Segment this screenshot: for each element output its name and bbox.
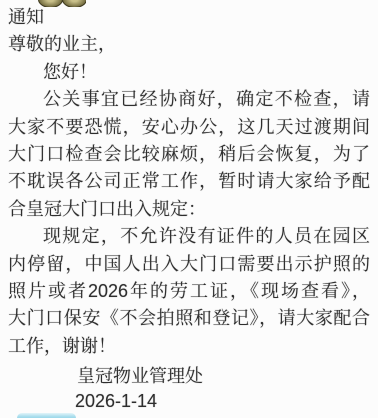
cut-off-chat-bubble [17,413,76,418]
body-line: 工作，谢谢！ [8,335,116,358]
body-line: 照片或者2026年的劳工证，《现场查看》， [8,280,370,303]
body-line: 合皇冠大门口出入规定： [8,198,206,221]
notice-title: 通知 [8,6,44,29]
body-line: 现规定，不允许没有证件的人员在园区 [43,225,370,248]
body-line: 公关事宜已经协商好，确定不检查，请 [43,88,370,111]
greeting-line: 您好！ [43,61,97,84]
salutation-line: 尊敬的业主， [8,33,116,56]
body-line: 大家不要恐慌，安心办公，这几天过渡期间 [8,116,370,139]
sticker-blob-icon [62,0,86,7]
body-line: 大门口保安《不会拍照和登记》，请大家配合 [8,307,370,330]
body-line: 不耽误各公司正常工作，暂时请大家给予配 [8,170,370,193]
signature-line: 皇冠物业管理处 [77,365,203,388]
body-line: 大门口检查会比较麻烦，稍后会恢复，为了 [8,143,370,166]
notice-photo: 通知 尊敬的业主， 您好！ 公关事宜已经协商好，确定不检查，请 大家不要恐慌，安… [0,0,378,418]
body-line: 内停留，中国人出入大门口需要出示护照的 [8,253,370,276]
date-line: 2026-1-14 [75,390,157,413]
cut-off-sticker-image [38,0,86,7]
